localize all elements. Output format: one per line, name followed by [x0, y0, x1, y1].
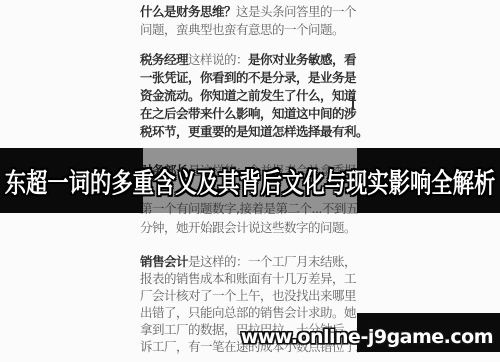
article-line: 分钟，她开始跟会计说这些数字的问题。 [140, 218, 360, 237]
article-line: 报表的销售成本和账面有十几万差异，工 [140, 270, 360, 287]
text-cursor [352, 96, 354, 110]
article-text-bold: 税务经理 [140, 52, 188, 67]
article-line: 税环节，更重要的是知道怎样选择最有利。 [140, 123, 360, 141]
article-text-bold: 一张凭证，你看到的不是分录，是业务是 [140, 70, 356, 85]
article-line: 什么是财务思维？这是头条问答里的一个 [140, 3, 360, 21]
article-line: 销售会计是这样的：一个工厂月末结账， [140, 253, 360, 270]
video-title: 东超一词的多重含义及其背后文化与现实影响全解析 [5, 161, 496, 200]
article-text-bold: 在之后会带来什么影响，知道这中间的涉 [140, 106, 356, 121]
para-tax-manager: 税务经理这样说的：是你对业务敏感，看一张凭证，你看到的不是分录，是业务是资金流动… [140, 51, 360, 141]
article-text-bold: 是你对业务敏感，看 [248, 52, 356, 67]
article-text: 这样说的： [188, 52, 248, 67]
article-text: 厂会计核对了一个上午，也没找出来哪里 [140, 288, 356, 303]
article-text: 分钟，她开始跟会计说这些数字的问题。 [140, 220, 356, 235]
video-thumbnail: 什么是财务思维？这是头条问答里的一个问题，蛮典型也蛮有意思的一个问题。税务经理这… [0, 0, 500, 362]
article-line: 资金流动。你知道之前发生了什么，知道 [140, 87, 360, 105]
article-text: 是这样的：一个工厂月末结账， [188, 254, 356, 269]
article-text: 这是头条问答里的一个 [236, 4, 356, 19]
article-text-bold: 销售会计 [140, 254, 188, 269]
article-line: 问题，蛮典型也蛮有意思的一个问题。 [140, 21, 360, 39]
article-text: 报表的销售成本和账面有十几万差异，工 [140, 271, 356, 286]
article-text-bold: 什么是财务思维？ [140, 4, 236, 19]
article-line: 出错了，只能向总部的销售会计求助。她 [140, 304, 360, 321]
para-what-is-financial-thinking: 什么是财务思维？这是头条问答里的一个问题，蛮典型也蛮有意思的一个问题。 [140, 3, 360, 38]
article-line: 在之后会带来什么影响，知道这中间的涉 [140, 105, 360, 123]
watermark-url: www.online-j9game.com [241, 326, 493, 348]
article-text: 问题，蛮典型也蛮有意思的一个问题。 [140, 22, 344, 37]
article-text-bold: 税环节，更重要的是知道怎样选择最有利。 [140, 124, 368, 139]
article-text: 出错了，只能向总部的销售会计求助。她 [140, 305, 356, 320]
article-line: 税务经理这样说的：是你对业务敏感，看 [140, 51, 360, 69]
article-line: 厂会计核对了一个上午，也没找出来哪里 [140, 287, 360, 304]
title-band: 东超一词的多重含义及其背后文化与现实影响全解析 [0, 148, 500, 213]
article-text-bold: 资金流动。你知道之前发生了什么，知道 [140, 88, 356, 103]
article-line: 一张凭证，你看到的不是分录，是业务是 [140, 69, 360, 87]
